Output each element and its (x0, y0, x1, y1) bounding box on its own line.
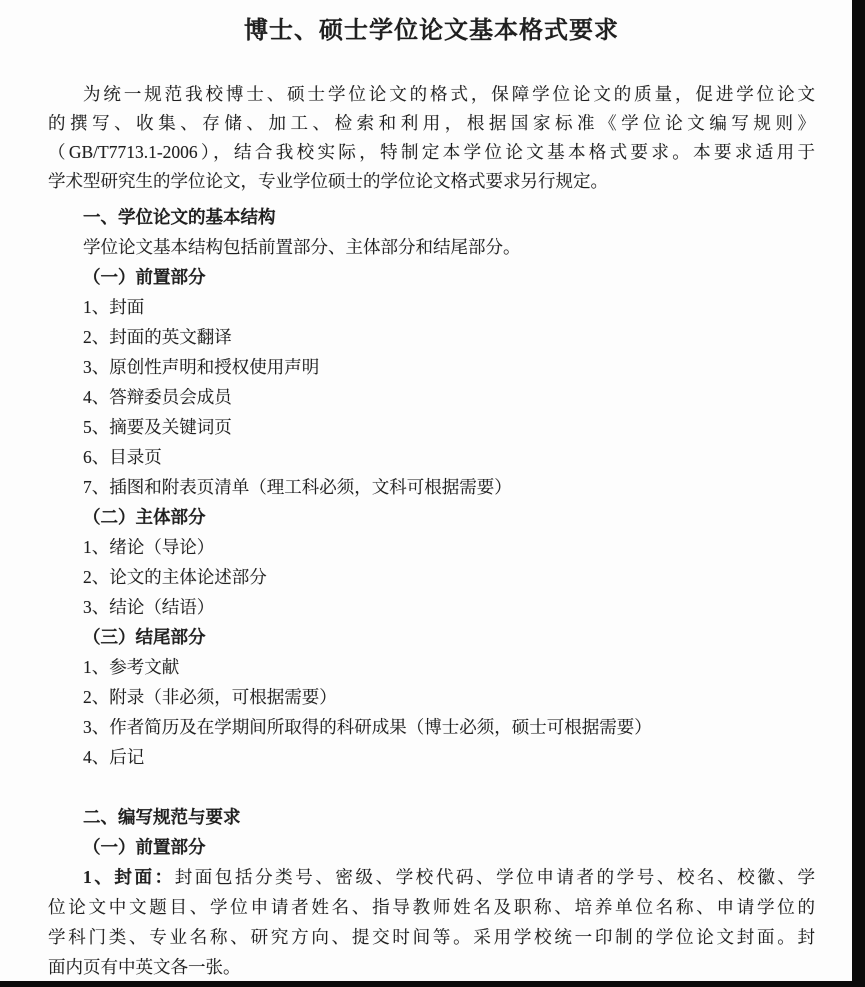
document-page: 博士、硕士学位论文基本格式要求 为统一规范我校博士、硕士学位论文的格式，保障学位… (0, 0, 865, 987)
cover-item-label: 1、封面： (83, 867, 175, 887)
cover-item-line: 学科门类、专业名称、研究方向、提交时间等。采用学校统一印制的学位论文封面。封 (48, 922, 815, 952)
intro-line: （GB/T7713.1-2006），结合我校实际，特制定本学位论文基本格式要求。… (48, 138, 815, 167)
cover-item-paragraph: 1、封面：封面包括分类号、密级、学校代码、学位申请者的学号、校名、校徽、学 位论… (48, 862, 815, 982)
list-item: 3、作者简历及在学期间所取得的科研成果（博士必须，硕士可根据需要） (48, 712, 815, 742)
section-heading-writing-rules: 二、编写规范与要求 (48, 802, 815, 832)
list-item: 4、后记 (48, 742, 815, 772)
intro-paragraph: 为统一规范我校博士、硕士学位论文的格式，保障学位论文的质量，促进学位论文 的撰写… (48, 80, 815, 196)
list-item: 1、绪论（导论） (48, 532, 815, 562)
subsection-heading-end-part: （三）结尾部分 (48, 622, 815, 652)
list-item: 3、结论（结语） (48, 592, 815, 622)
list-item: 7、插图和附表页清单（理工科必须，文科可根据需要） (48, 472, 815, 502)
list-item: 2、附录（非必须，可根据需要） (48, 682, 815, 712)
cover-item-line: 1、封面：封面包括分类号、密级、学校代码、学位申请者的学号、校名、校徽、学 (48, 862, 815, 892)
subsection-heading-front-part-rules: （一）前置部分 (48, 832, 815, 862)
list-item: 5、摘要及关键词页 (48, 412, 815, 442)
cover-item-line: 面内页有中英文各一张。 (48, 952, 815, 982)
list-item: 2、封面的英文翻译 (48, 322, 815, 352)
subsection-heading-main-part: （二）主体部分 (48, 502, 815, 532)
cover-item-text: 封面包括分类号、密级、学校代码、学位申请者的学号、校名、校徽、学 (175, 867, 815, 887)
list-item: 3、原创性声明和授权使用声明 (48, 352, 815, 382)
document-title: 博士、硕士学位论文基本格式要求 (48, 14, 815, 48)
cover-item-line: 位论文中文题目、学位申请者姓名、指导教师姓名及职称、培养单位名称、申请学位的 (48, 892, 815, 922)
list-item: 1、参考文献 (48, 652, 815, 682)
right-edge-bar (852, 0, 865, 987)
list-item: 6、目录页 (48, 442, 815, 472)
list-item: 2、论文的主体论述部分 (48, 562, 815, 592)
intro-line: 的撰写、收集、存储、加工、检索和利用，根据国家标准《学位论文编写规则》 (48, 109, 815, 138)
subsection-heading-front-part: （一）前置部分 (48, 262, 815, 292)
intro-line: 为统一规范我校博士、硕士学位论文的格式，保障学位论文的质量，促进学位论文 (48, 80, 815, 109)
section-heading-basic-structure: 一、学位论文的基本结构 (48, 202, 815, 232)
list-item: 1、封面 (48, 292, 815, 322)
list-item: 4、答辩委员会成员 (48, 382, 815, 412)
bottom-edge-bar (0, 981, 865, 987)
section-lead-basic-structure: 学位论文基本结构包括前置部分、主体部分和结尾部分。 (48, 232, 815, 262)
intro-line: 学术型研究生的学位论文，专业学位硕士的学位论文格式要求另行规定。 (48, 167, 815, 196)
